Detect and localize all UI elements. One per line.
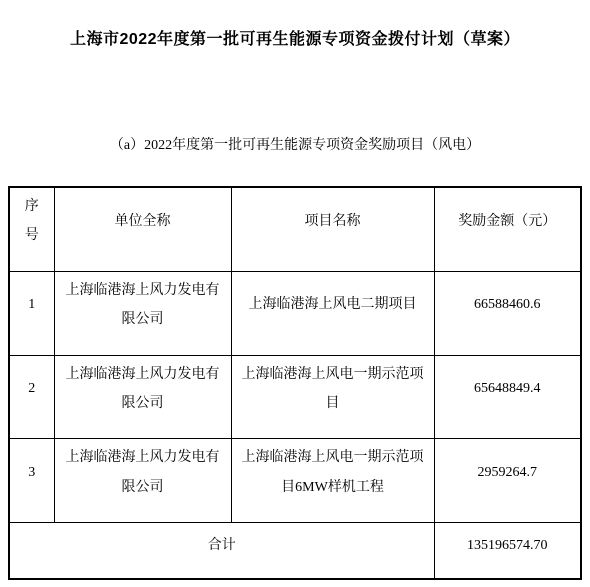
cell-company-name: 上海临港海上风力发电有限公司: [54, 355, 231, 439]
table-row: 2 上海临港海上风力发电有限公司 上海临港海上风电一期示范项目 65648849…: [9, 355, 581, 439]
cell-reward-amount: 2959264.7: [434, 439, 581, 523]
header-company-name: 单位全称: [54, 187, 231, 271]
cell-serial-number: 1: [9, 271, 54, 355]
header-project-name: 项目名称: [231, 187, 434, 271]
fund-allocation-table: 序号 单位全称 项目名称 奖励金额（元） 1 上海临港海上风力发电有限公司 上海…: [8, 186, 582, 580]
total-amount: 135196574.70: [434, 523, 581, 579]
cell-reward-amount: 65648849.4: [434, 355, 581, 439]
cell-project-name: 上海临港海上风电一期示范项目: [231, 355, 434, 439]
table-row: 1 上海临港海上风力发电有限公司 上海临港海上风电二期项目 66588460.6: [9, 271, 581, 355]
total-label: 合计: [9, 523, 434, 579]
header-serial-number: 序号: [9, 187, 54, 271]
cell-company-name: 上海临港海上风力发电有限公司: [54, 439, 231, 523]
table-total-row: 合计 135196574.70: [9, 523, 581, 579]
header-reward-amount: 奖励金额（元）: [434, 187, 581, 271]
cell-reward-amount: 66588460.6: [434, 271, 581, 355]
page-title: 上海市2022年度第一批可再生能源专项资金拨付计划（草案）: [6, 30, 584, 50]
table-header-row: 序号 单位全称 项目名称 奖励金额（元）: [9, 187, 581, 271]
cell-project-name: 上海临港海上风电一期示范项目6MW样机工程: [231, 439, 434, 523]
page-subtitle: （a）2022年度第一批可再生能源专项资金奖励项目（风电）: [6, 136, 584, 156]
cell-serial-number: 2: [9, 355, 54, 439]
table-row: 3 上海临港海上风力发电有限公司 上海临港海上风电一期示范项目6MW样机工程 2…: [9, 439, 581, 523]
cell-company-name: 上海临港海上风力发电有限公司: [54, 271, 231, 355]
cell-project-name: 上海临港海上风电二期项目: [231, 271, 434, 355]
cell-serial-number: 3: [9, 439, 54, 523]
